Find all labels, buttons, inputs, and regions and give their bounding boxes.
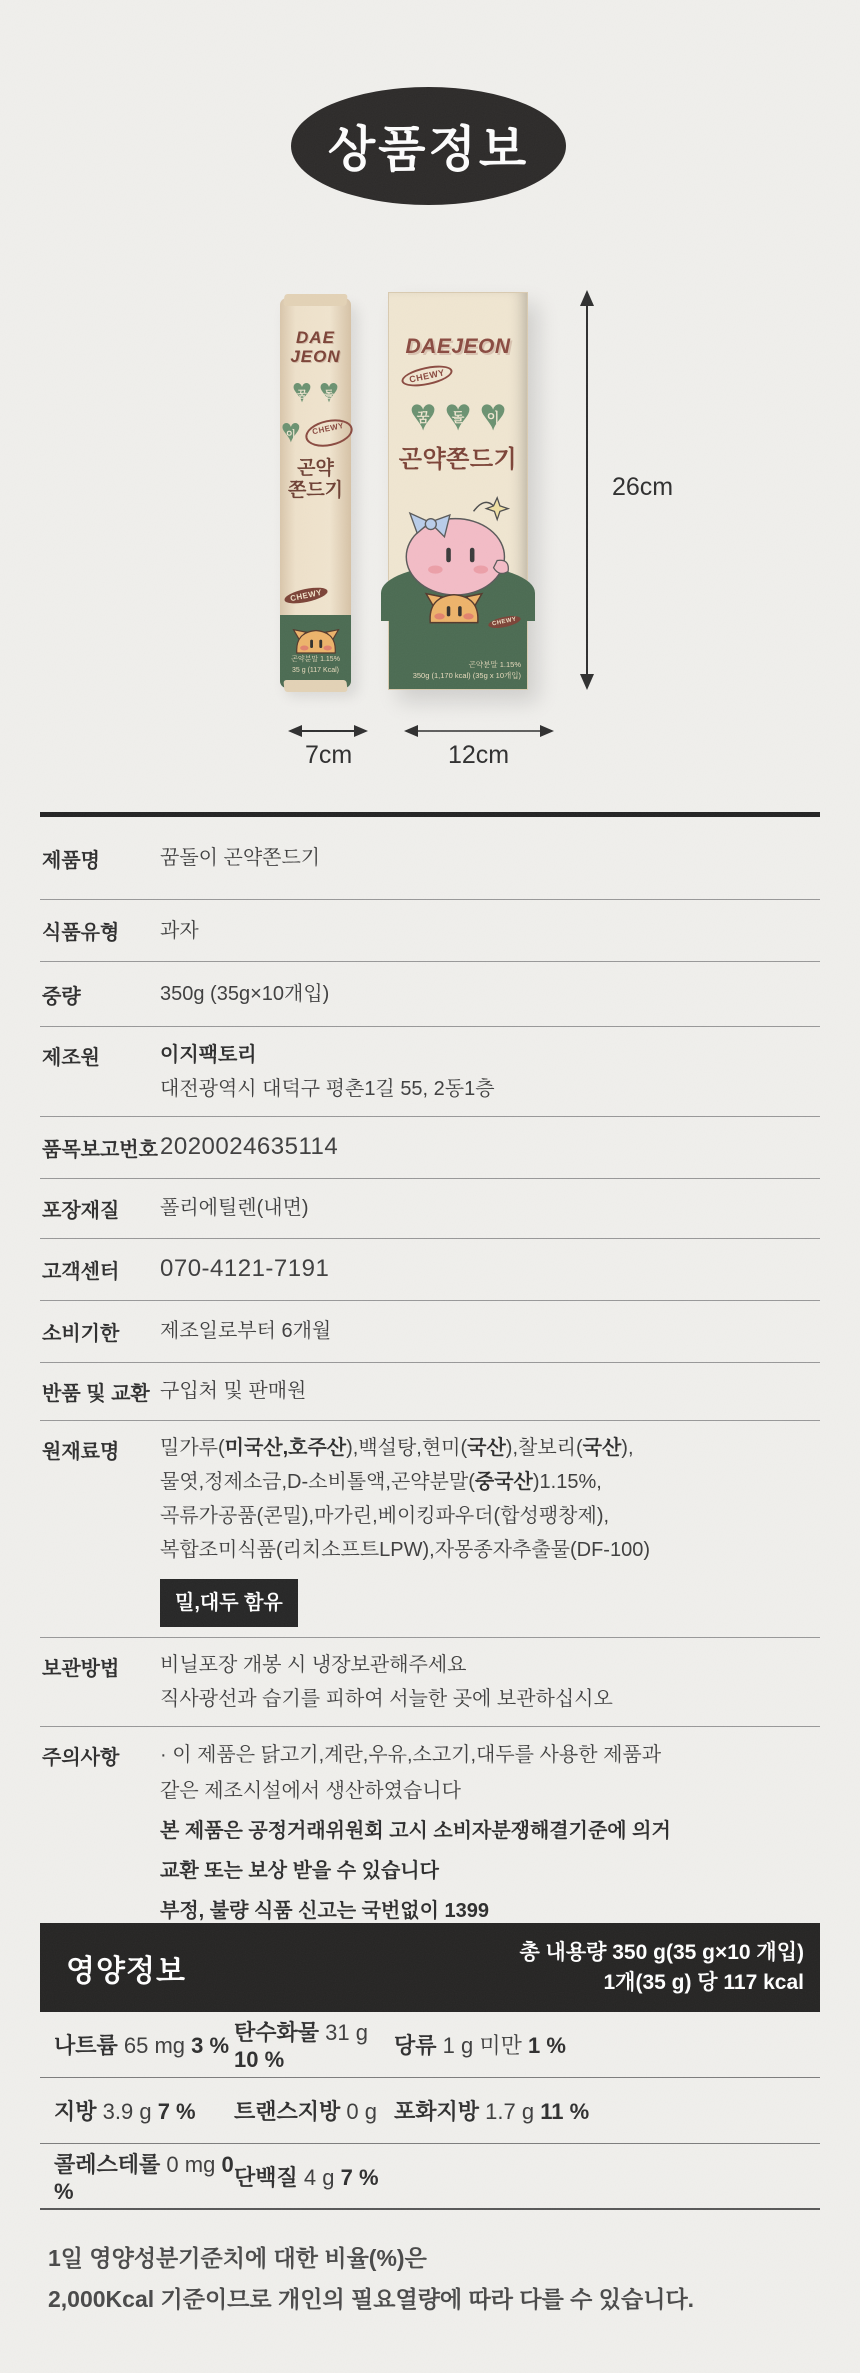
row-value: 이지팩토리 대전광역시 대덕구 평촌1길 55, 2동1층: [160, 1038, 820, 1106]
product-info-page: 상품정보 DAE JEON 꿈 돌 이 CHEWY 곤약 쫀드기 CHEWY: [0, 0, 860, 2373]
cautions-text: · 이 제품은 닭고기,계란,우유,소고기,대두를 사용한 제품과 같은 제조시…: [160, 1737, 820, 1929]
row-label: 반품 및 교환: [40, 1377, 160, 1406]
height-dimension-arrow: [572, 288, 602, 692]
nutrition-table: 나트륨 65 mg 3 % 탄수화물 31 g 10 % 당류 1 g 미만 1…: [40, 2012, 820, 2210]
stick-hearts: 꿈 돌: [289, 380, 342, 406]
ingredients-line: 복합조미식품(리치소프트LPW),자몽종자추출물(DF-100): [160, 1533, 820, 1567]
row-label: 품목보고번호: [40, 1133, 160, 1162]
table-row-food-type: 식품유형 과자: [40, 900, 820, 962]
product-spec-table: 제품명 꿈돌이 곤약쫀드기 식품유형 과자 중량 350g (35g×10개입)…: [40, 812, 820, 1939]
nutrient-fat: 지방 3.9 g 7 %: [54, 2095, 234, 2126]
box-brand-text: DAEJEON: [405, 335, 510, 359]
nutrient-trans-fat: 트랜스지방 0 g: [234, 2095, 394, 2126]
nutrient-sugars: 당류 1 g 미만 1 %: [394, 2029, 820, 2060]
stick-width-arrow: [288, 722, 368, 740]
row-value: 350g (35g×10개입): [160, 977, 820, 1011]
box-pack-image: DAEJEON CHEWY 꿈 돌 이 곤약쫀드기: [388, 292, 528, 690]
table-row-product-name: 제품명 꿈돌이 곤약쫀드기: [40, 817, 820, 900]
table-row-weight: 중량 350g (35g×10개입): [40, 962, 820, 1027]
nutrition-header-banner: 영양정보 총 내용량 350 g(35 g×10 개입) 1개(35 g) 당 …: [40, 1923, 820, 2012]
nutrient-sodium: 나트륨 65 mg 3 %: [54, 2029, 234, 2060]
table-row-customer-center: 고객센터 070-4121-7191: [40, 1239, 820, 1301]
row-label: 식품유형: [40, 916, 160, 945]
box-width-arrow: [404, 722, 554, 740]
box-pack-info: 곤약분말 1.15% 350g (1,170 kcal) (35g x 10개입…: [413, 659, 521, 682]
ingredients-line: 곡류가공품(콘밀),마가린,베이킹파우더(합성팽창제),: [160, 1499, 820, 1533]
row-value: 과자: [160, 914, 820, 948]
row-value: 제조일로부터 6개월: [160, 1314, 820, 1348]
chewy-badge: CHEWY: [283, 585, 329, 607]
stick-green-panel: CHEWY 곤약분말 1.15% 35 g (117 Kcal): [280, 615, 351, 688]
manufacturer-address: 대전광역시 대덕구 평촌1길 55, 2동1층: [160, 1072, 820, 1106]
nutrient-saturated-fat: 포화지방 1.7 g 11 %: [394, 2095, 820, 2126]
row-label: 주의사항: [40, 1737, 160, 1770]
box-product-name: 곤약쫀드기: [399, 439, 517, 474]
heart-icon: 꿈: [406, 399, 440, 433]
ingredients-line: 밀가루(미국산,호주산),백설탕,현미(국산),찰보리(국산),: [160, 1431, 820, 1465]
manufacturer-name: 이지팩토리: [160, 1038, 820, 1072]
nutrition-footnote: 1일 영양성분기준치에 대한 비율(%)은 2,000Kcal 기준이므로 개인…: [48, 2238, 694, 2321]
ingredients-line: 물엿,정제소금,D-소비톨액,곤약분말(중국산)1.15%,: [160, 1465, 820, 1499]
row-label: 포장재질: [40, 1194, 160, 1223]
row-label: 보관방법: [40, 1648, 160, 1681]
kkumdori-character-icon: [395, 495, 523, 595]
nutrient-cholesterol: 콜레스테롤 0 mg 0 %: [54, 2148, 234, 2205]
box-hearts: 꿈 돌 이: [406, 399, 510, 433]
table-row-shelf-life: 소비기한 제조일로부터 6개월: [40, 1301, 820, 1363]
box-width-label: 12cm: [448, 741, 509, 770]
orange-character-icon: [423, 583, 485, 625]
heart-icon: 돌: [441, 399, 475, 433]
nutrition-row: 콜레스테롤 0 mg 0 % 단백질 4 g 7 %: [40, 2144, 820, 2210]
page-title: 상품정보: [328, 111, 529, 181]
table-row-cautions: 주의사항 · 이 제품은 닭고기,계란,우유,소고기,대두를 사용한 제품과 같…: [40, 1727, 820, 1939]
nutrition-total-content: 총 내용량 350 g(35 g×10 개입) 1개(35 g) 당 117 k…: [519, 1938, 804, 1997]
table-row-packaging: 포장재질 폴리에틸렌(내면): [40, 1179, 820, 1239]
nutrition-row: 나트륨 65 mg 3 % 탄수화물 31 g 10 % 당류 1 g 미만 1…: [40, 2012, 820, 2078]
stick-width-label: 7cm: [305, 741, 352, 770]
table-row-ingredients: 원재료명 밀가루(미국산,호주산),백설탕,현미(국산),찰보리(국산), 물엿…: [40, 1421, 820, 1638]
chewy-badge: CHEWY: [487, 614, 521, 631]
allergen-badge: 밀,대두 함유: [160, 1579, 298, 1627]
page-title-badge: 상품정보: [291, 87, 566, 205]
row-label: 소비기한: [40, 1317, 160, 1346]
row-value: 폴리에틸렌(내면): [160, 1191, 820, 1225]
heart-icon: 돌: [316, 380, 342, 406]
storage-text: 비닐포장 개봉 시 냉장보관해주세요 직사광선과 습기를 피하여 서늘한 곳에 …: [160, 1648, 820, 1716]
heart-icon: 이: [476, 399, 510, 433]
row-label: 중량: [40, 980, 160, 1009]
heart-icon: 이: [278, 420, 304, 446]
nutrition-title: 영양정보: [66, 1946, 186, 1990]
stick-pack-info: 곤약분말 1.15% 35 g (117 Kcal): [291, 655, 340, 676]
table-row-returns: 반품 및 교환 구입처 및 판매원: [40, 1363, 820, 1421]
box-green-panel: CHEWY 곤약분말 1.15% 350g (1,170 kcal) (35g …: [389, 591, 527, 689]
ingredients-text: 밀가루(미국산,호주산),백설탕,현미(국산),찰보리(국산), 물엿,정제소금…: [160, 1431, 820, 1627]
row-label: 제조원: [40, 1037, 160, 1070]
nutrient-protein: 단백질 4 g 7 %: [234, 2161, 394, 2192]
row-label: 고객센터: [40, 1255, 160, 1284]
stick-brand-text: DAE JEON: [290, 328, 340, 366]
table-row-report-number: 품목보고번호 2020024635114: [40, 1117, 820, 1179]
table-row-storage: 보관방법 비닐포장 개봉 시 냉장보관해주세요 직사광선과 습기를 피하여 서늘…: [40, 1638, 820, 1727]
chewy-badge: CHEWY: [303, 415, 356, 450]
stick-pack-image: DAE JEON 꿈 돌 이 CHEWY 곤약 쫀드기 CHEWY: [280, 298, 351, 688]
stick-product-name: 곤약 쫀드기: [288, 458, 343, 503]
heart-icon: 꿈: [289, 380, 315, 406]
row-value: 꿈돌이 곤약쫀드기: [160, 841, 820, 875]
stick-hearts-2: 이 CHEWY: [278, 420, 353, 446]
row-label: 원재료명: [40, 1431, 160, 1464]
height-dimension-label: 26cm: [612, 473, 673, 502]
table-row-manufacturer: 제조원 이지팩토리 대전광역시 대덕구 평촌1길 55, 2동1층: [40, 1027, 820, 1117]
row-value: 구입처 및 판매원: [160, 1374, 820, 1408]
customer-center-phone: 070-4121-7191: [160, 1249, 820, 1290]
row-value: 2020024635114: [160, 1127, 820, 1168]
nutrient-carbs: 탄수화물 31 g 10 %: [234, 2016, 394, 2073]
nutrition-row: 지방 3.9 g 7 % 트랜스지방 0 g 포화지방 1.7 g 11 %: [40, 2078, 820, 2144]
orange-character-icon: [291, 621, 341, 655]
row-label: 제품명: [40, 844, 160, 873]
